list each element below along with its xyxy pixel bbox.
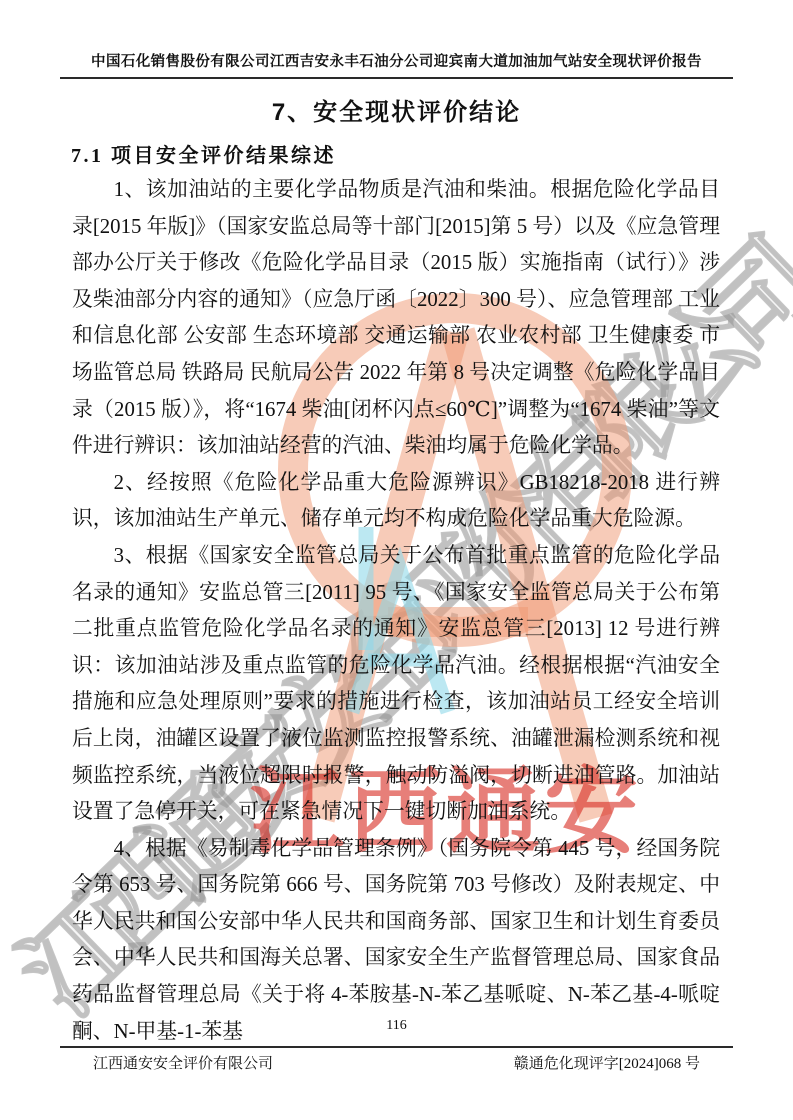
footer-rule [60, 1046, 733, 1048]
paragraph-3: 3、根据《国家安全监管总局关于公布首批重点监管的危险化学品名录的通知》安监总管三… [72, 538, 720, 831]
page-number: 116 [0, 1018, 793, 1034]
footer-company: 江西通安安全评价有限公司 [93, 1052, 273, 1073]
report-page: 江西通安安全评价有限公司 江西通安 中国石化销售股份有限公司江西吉安永丰石油分公… [0, 0, 793, 1120]
header-rule [60, 77, 733, 79]
document-content: 中国石化销售股份有限公司江西吉安永丰石油分公司迎宾南大道加油加气站安全现状评价报… [0, 0, 793, 1120]
page-footer: 江西通安安全评价有限公司 赣通危化现评字[2024]068 号 [93, 1052, 700, 1073]
section-heading: 7.1 项目安全评价结果综述 [71, 139, 336, 168]
paragraph-1: 1、该加油站的主要化学品物质是汽油和柴油。根据危险化学品目录[2015 年版]》… [72, 172, 720, 465]
body-text: 1、该加油站的主要化学品物质是汽油和柴油。根据危险化学品目录[2015 年版]》… [72, 172, 720, 1050]
footer-doc-number: 赣通危化现评字[2024]068 号 [514, 1052, 700, 1073]
paragraph-2: 2、经按照《危险化学品重大危险源辨识》GB18218-2018 进行辨识，该加油… [72, 465, 720, 538]
page-header: 中国石化销售股份有限公司江西吉安永丰石油分公司迎宾南大道加油加气站安全现状评价报… [60, 50, 733, 71]
chapter-title: 7、安全现状评价结论 [0, 92, 793, 127]
